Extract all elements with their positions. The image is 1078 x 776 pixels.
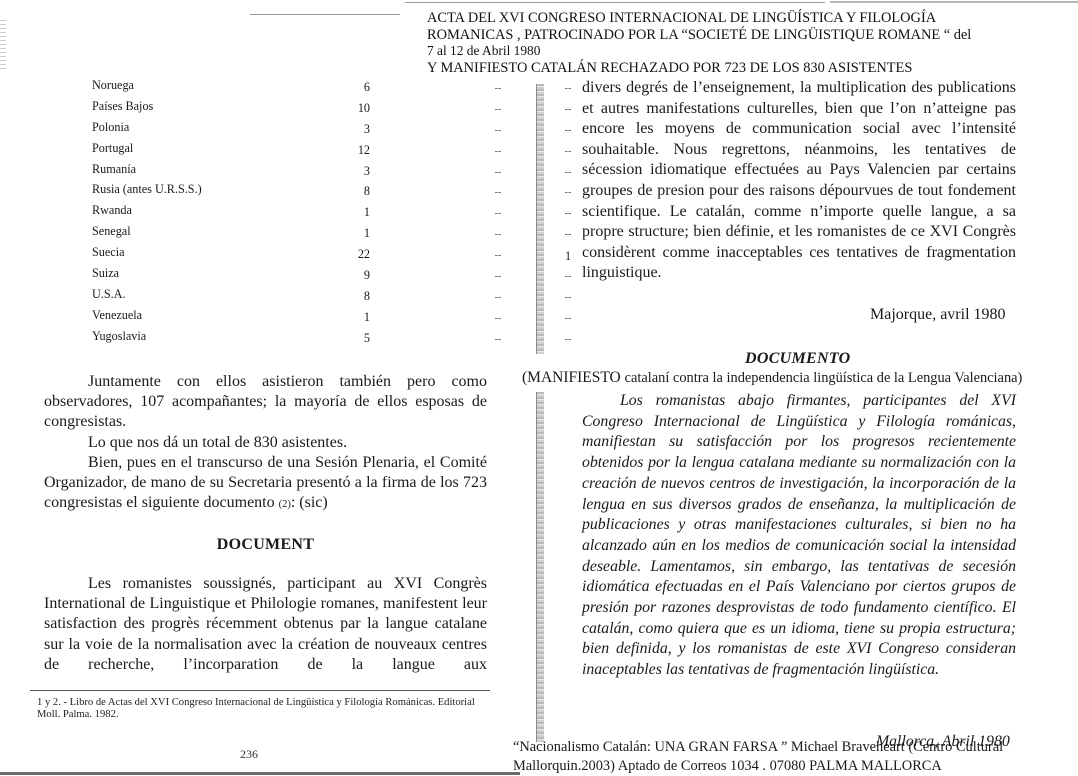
spanish-document-text: Los romanistas abajo firmantes, particip… [582, 391, 1016, 681]
attendee-count: 6 [322, 80, 370, 95]
paragraph: Los romanistas abajo firmantes, particip… [582, 391, 1016, 681]
paragraph-text: : (sic) [291, 494, 328, 511]
header-line: ACTA DEL XVI CONGRESO INTERNACIONAL DE L… [427, 10, 1047, 27]
footnote-divider [30, 690, 490, 691]
column-3-value: -- [558, 125, 578, 136]
table-row: Noruega6---- [92, 78, 492, 99]
column-3-value: -- [558, 313, 578, 324]
country-name: Rumanía [92, 162, 136, 177]
column-2-value: -- [488, 334, 508, 345]
table-row: Países Bajos10---- [92, 99, 492, 120]
manifesto-prefix: (MANIFIESTO [522, 369, 625, 386]
country-name: Portugal [92, 141, 133, 156]
country-name: Suecia [92, 245, 125, 260]
attendee-count: 10 [322, 101, 370, 116]
attendee-count: 8 [322, 289, 370, 304]
column-2-value: -- [488, 313, 508, 324]
paragraph: Lo que nos dá un total de 830 asistentes… [44, 433, 487, 453]
column-2-value: -- [488, 271, 508, 282]
source-line: “Nacionalismo Catalán: UNA GRAN FARSA ” … [513, 738, 1073, 757]
paragraph-text: Bien, pues en el transcurso de una Sesió… [44, 454, 487, 511]
column-3-value: -- [558, 229, 578, 240]
table-row: Portugal12---- [92, 141, 492, 162]
header-line: Y MANIFIESTO CATALÁN RECHAZADO POR 723 D… [427, 60, 1047, 77]
table-row: Suiza9---- [92, 266, 492, 287]
column-2-value: -- [488, 146, 508, 157]
attendee-count: 3 [322, 164, 370, 179]
gutter-line [536, 392, 544, 742]
gutter-line [536, 84, 544, 354]
attendee-count: 1 [322, 226, 370, 241]
attendees-by-country-table: Noruega6----Países Bajos10----Polonia3--… [92, 78, 492, 350]
column-2-value: -- [488, 187, 508, 198]
table-row: Rwanda1---- [92, 203, 492, 224]
attendee-count: 8 [322, 184, 370, 199]
attendee-count: 12 [322, 143, 370, 158]
column-2-value: -- [488, 250, 508, 261]
column-2-value: -- [488, 104, 508, 115]
column-3-value: -- [558, 208, 578, 219]
column-3-value: -- [558, 146, 578, 157]
footnote-reference: (2) [279, 499, 291, 510]
attendee-count: 3 [322, 122, 370, 137]
column-3-value: 1 [558, 249, 578, 264]
scan-artifact [0, 20, 6, 70]
column-2-value: -- [488, 292, 508, 303]
table-row: Yugoslavia5---- [92, 329, 492, 350]
column-3-value: -- [558, 104, 578, 115]
table-row: U.S.A.8---- [92, 287, 492, 308]
header-line: ROMANICAS , PATROCINADO POR LA “SOCIETÉ … [427, 27, 1047, 44]
place-date-french: Majorque, avril 1980 [870, 306, 1006, 324]
paragraph: Les romanistes soussignés, participant a… [44, 574, 487, 675]
table-row: Suecia22--1 [92, 245, 492, 266]
country-name: Rusia (antes U.R.S.S.) [92, 182, 202, 197]
column-2-value: -- [488, 208, 508, 219]
manifesto-subtitle-text: catalaní contra la independencia lingüís… [625, 370, 1023, 386]
country-name: Suiza [92, 266, 119, 281]
source-line: Mallorquin.2003) Aptado de Correos 1034 … [513, 757, 1073, 776]
document-header: ACTA DEL XVI CONGRESO INTERNACIONAL DE L… [427, 10, 1047, 76]
country-name: U.S.A. [92, 287, 126, 302]
column-3-value: -- [558, 334, 578, 345]
scan-artifact [405, 2, 825, 3]
left-page-body: Juntamente con ellos asistieron también … [44, 372, 487, 515]
column-2-value: -- [488, 229, 508, 240]
country-name: Venezuela [92, 308, 142, 323]
attendee-count: 5 [322, 331, 370, 346]
country-name: Países Bajos [92, 99, 153, 114]
column-2-value: -- [488, 83, 508, 94]
column-3-value: -- [558, 292, 578, 303]
table-row: Polonia3---- [92, 120, 492, 141]
table-row: Senegal1---- [92, 224, 492, 245]
column-3-value: -- [558, 271, 578, 282]
documento-heading: DOCUMENTO [745, 350, 851, 368]
country-name: Yugoslavia [92, 329, 146, 344]
document-heading: DOCUMENT [44, 536, 487, 554]
column-3-value: -- [558, 187, 578, 198]
scan-artifact [0, 772, 520, 775]
attendee-count: 9 [322, 268, 370, 283]
french-document-text: Les romanistes soussignés, participant a… [44, 574, 487, 675]
paragraph: Juntamente con ellos asistieron también … [44, 372, 487, 433]
attendee-count: 22 [322, 247, 370, 262]
column-3-value: -- [558, 83, 578, 94]
table-row: Venezuela1---- [92, 308, 492, 329]
attendee-count: 1 [322, 310, 370, 325]
country-name: Polonia [92, 120, 129, 135]
manifesto-subtitle: (MANIFIESTO catalaní contra la independe… [522, 369, 1022, 387]
attendee-count: 1 [322, 205, 370, 220]
header-line: 7 al 12 de Abril 1980 [427, 43, 1047, 60]
country-name: Senegal [92, 224, 131, 239]
column-3-value: -- [558, 167, 578, 178]
footnote: 1 y 2. - Libro de Actas del XVI Congreso… [37, 697, 487, 721]
table-row: Rusia (antes U.R.S.S.)8---- [92, 182, 492, 203]
paragraph: Bien, pues en el transcurso de una Sesió… [44, 453, 487, 516]
column-2-value: -- [488, 125, 508, 136]
french-document-continued: divers degrés de l’enseignement, la mult… [582, 78, 1016, 284]
paragraph: divers degrés de l’enseignement, la mult… [582, 78, 1016, 284]
scan-artifact [250, 14, 400, 15]
source-citation: “Nacionalismo Catalán: UNA GRAN FARSA ” … [513, 738, 1073, 775]
country-name: Rwanda [92, 203, 132, 218]
scan-artifact [830, 1, 1078, 3]
column-2-value: -- [488, 167, 508, 178]
table-row: Rumanía3---- [92, 162, 492, 183]
page-number: 236 [240, 747, 258, 762]
country-name: Noruega [92, 78, 134, 93]
